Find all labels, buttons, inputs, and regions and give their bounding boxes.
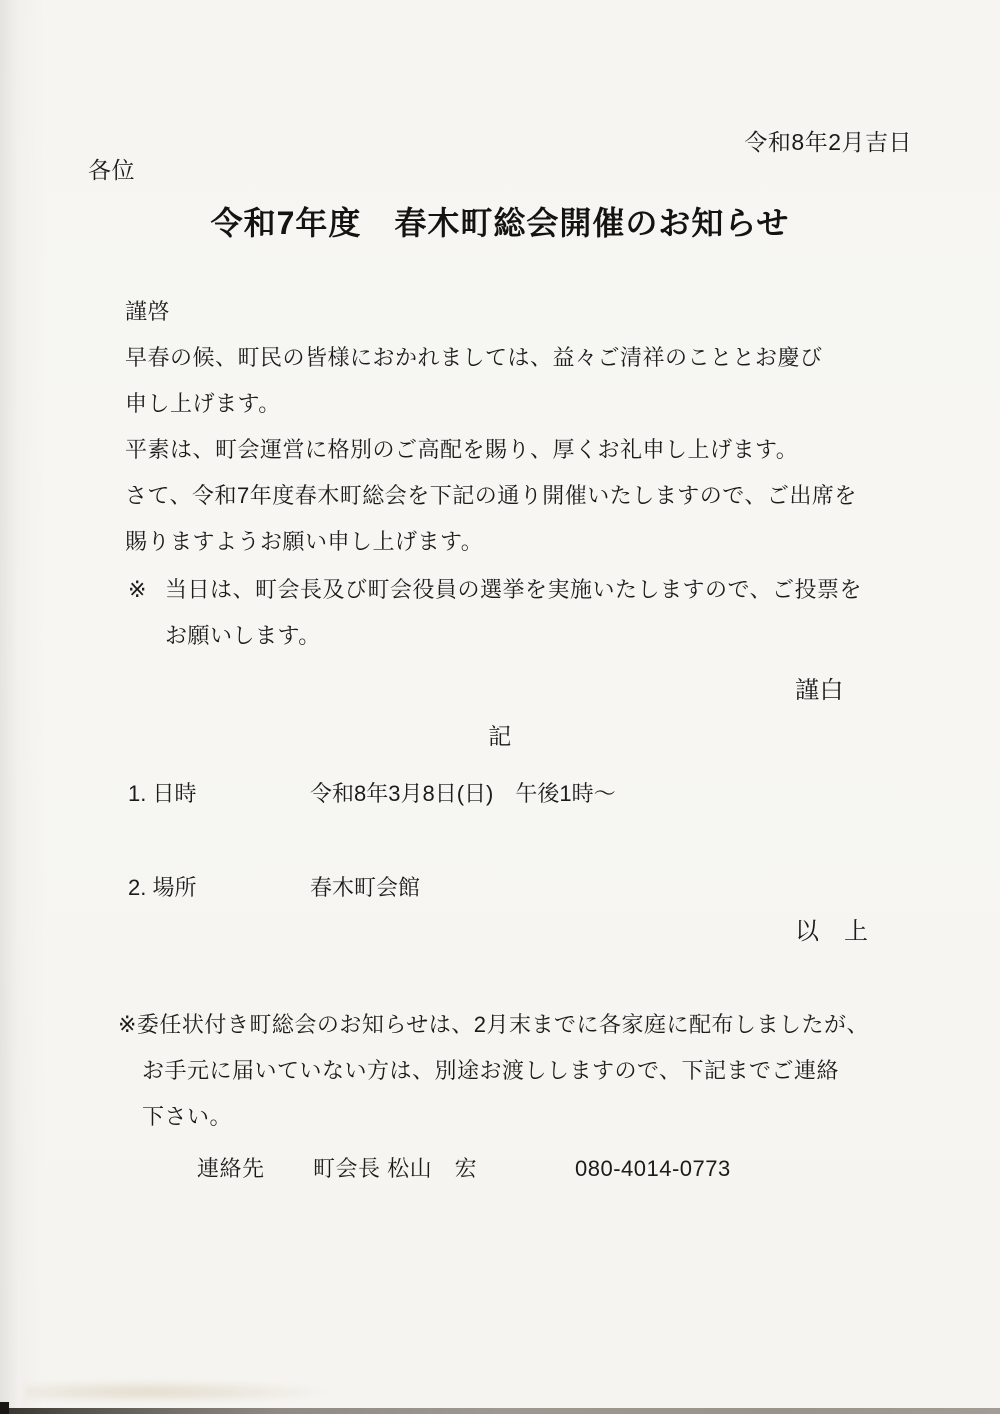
postscript-line2: お手元に届いていない方は、別途お渡ししますので、下記までご連絡 — [142, 1060, 839, 1082]
scan-corner-mark — [0, 1402, 9, 1414]
datetime-label: 1. 日時 — [128, 777, 196, 808]
postscript-line3: 下さい。 — [142, 1106, 232, 1128]
issue-date: 令和8年2月吉日 — [744, 131, 912, 154]
election-note-line2: お願いします。 — [165, 625, 321, 647]
scan-smudge-artifact — [25, 1380, 335, 1400]
body-paragraph2: 平素は、町会運営に格別のご高配を賜り、厚くお礼申し上げます。 — [125, 439, 798, 461]
detail-item-place: 2. 場所 春木町会館 — [0, 871, 1000, 897]
end-marker: 以 上 — [795, 920, 869, 944]
reference-mark: ※ — [128, 579, 147, 601]
postscript-line1: ※委任状付き町総会のお知らせは、2月末までに各家庭に配布しましたが、 — [118, 1014, 869, 1036]
closing-word: 謹白 — [795, 679, 844, 703]
record-heading: 記 — [0, 725, 1000, 748]
election-note-text: 当日は、町会長及び町会役員の選挙を実施いたしますので、ご投票を — [165, 579, 862, 601]
place-value: 春木町会館 — [310, 871, 420, 902]
salutation: 謹啓 — [125, 301, 170, 323]
contact-row: 連絡先 町会長 松山 宏 080-4014-0773 — [0, 1158, 1000, 1184]
contact-phone: 080-4014-0773 — [575, 1158, 731, 1180]
scanned-notice-page: 令和8年2月吉日 各位 令和7年度 春木町総会開催のお知らせ 謹啓 早春の候、町… — [0, 0, 1000, 1414]
body-paragraph3-line1: さて、令和7年度春木町総会を下記の通り開催いたしますので、ご出席を — [125, 485, 857, 507]
body-paragraph3-line2: 賜りますようお願い申し上げます。 — [125, 531, 483, 553]
detail-item-datetime: 1. 日時 令和8年3月8日(日) 午後1時～ — [0, 777, 1000, 803]
scan-edge-strip — [0, 1408, 1000, 1414]
contact-person: 町会長 松山 宏 — [313, 1158, 477, 1180]
addressee: 各位 — [88, 159, 135, 182]
place-label: 2. 場所 — [128, 871, 196, 902]
datetime-value: 令和8年3月8日(日) 午後1時～ — [310, 777, 616, 808]
election-note-line1: ※ 当日は、町会長及び町会役員の選挙を実施いたしますので、ご投票を — [0, 579, 1000, 605]
document-title: 令和7年度 春木町総会開催のお知らせ — [0, 207, 1000, 239]
body-paragraph1-line2: 申し上げます。 — [125, 393, 281, 415]
contact-label: 連絡先 — [197, 1158, 265, 1180]
body-paragraph1-line1: 早春の候、町民の皆様におかれましては、益々ご清祥のこととお慶び — [125, 347, 823, 369]
